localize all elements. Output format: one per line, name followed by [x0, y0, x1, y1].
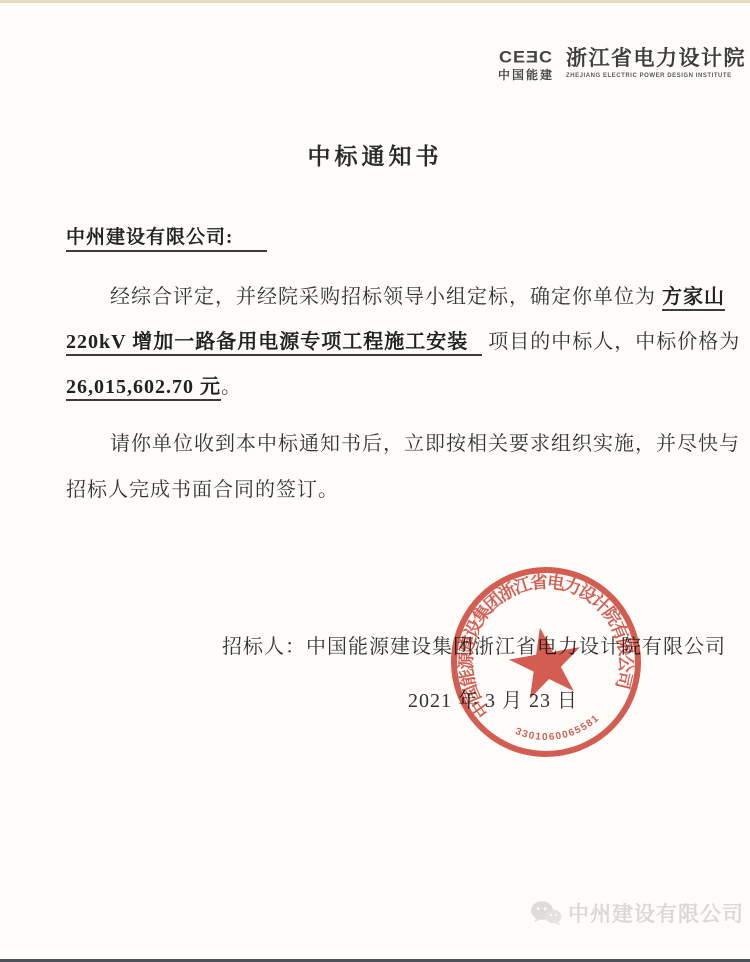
- para1-line2-text: 项目的中标人，中标价格为: [482, 331, 740, 353]
- addressee-line: 中州建设有限公司:: [66, 222, 267, 249]
- org-name-block: 浙江省电力设计院 ZHEJIANG ELECTRIC POWER DESIGN …: [566, 48, 746, 79]
- watermark: 中州建设有限公司: [530, 898, 744, 928]
- ceec-logo-mark: CEƎC: [499, 49, 553, 66]
- svg-text:3301060065581: 3301060065581: [512, 712, 603, 750]
- para1-line2: 220kV 增加一路备用电源专项工程施工安装 项目的中标人，中标价格为: [66, 325, 740, 354]
- org-name-en: ZHEJIANG ELECTRIC POWER DESIGN INSTITUTE: [566, 73, 746, 79]
- project-name-part2: 220kV 增加一路备用电源专项工程施工安装: [66, 331, 482, 356]
- addressee-name: 中州建设有限公司:: [66, 227, 267, 252]
- project-name-part1: 方家山: [662, 286, 725, 311]
- bidder-line: 招标人：中国能源建设集团浙江省电力设计院有限公司: [222, 630, 726, 659]
- page-top-edge: [0, 0, 750, 3]
- ceec-logo-name: 中国能建: [498, 69, 554, 81]
- para1-line3-text: 。: [221, 376, 242, 398]
- wechat-icon: [530, 900, 562, 926]
- ceec-logo: CEƎC 中国能建: [498, 48, 554, 81]
- org-name-cn: 浙江省电力设计院: [566, 48, 746, 69]
- para1-line1-text: 经综合评定，并经院采购招标领导小组定标，确定你单位为: [110, 286, 662, 308]
- seal-number-text: 3301060065581: [512, 712, 603, 750]
- bid-price: 26,015,602.70 元: [66, 376, 221, 401]
- para2-line1: 请你单位收到本中标通知书后，立即按相关要求组织实施，并尽快与: [110, 427, 740, 456]
- para2-line2: 招标人完成书面合同的签订。: [66, 473, 339, 502]
- seal-ring: [439, 555, 652, 768]
- scanned-document: CEƎC 中国能建 浙江省电力设计院 ZHEJIANG ELECTRIC POW…: [0, 0, 750, 962]
- para1-line3: 26,015,602.70 元。: [66, 370, 242, 399]
- date-line: 2021 年 3 月 23 日: [408, 684, 578, 713]
- official-seal: 中国能源建设集团浙江省电力设计院有限公司 3301060065581 ★: [436, 552, 656, 772]
- doc-title: 中标通知书: [0, 138, 750, 171]
- para1-line1: 经综合评定，并经院采购招标领导小组定标，确定你单位为 方家山: [110, 280, 725, 309]
- header-logo: CEƎC 中国能建 浙江省电力设计院 ZHEJIANG ELECTRIC POW…: [498, 48, 746, 81]
- watermark-text: 中州建设有限公司: [568, 898, 744, 928]
